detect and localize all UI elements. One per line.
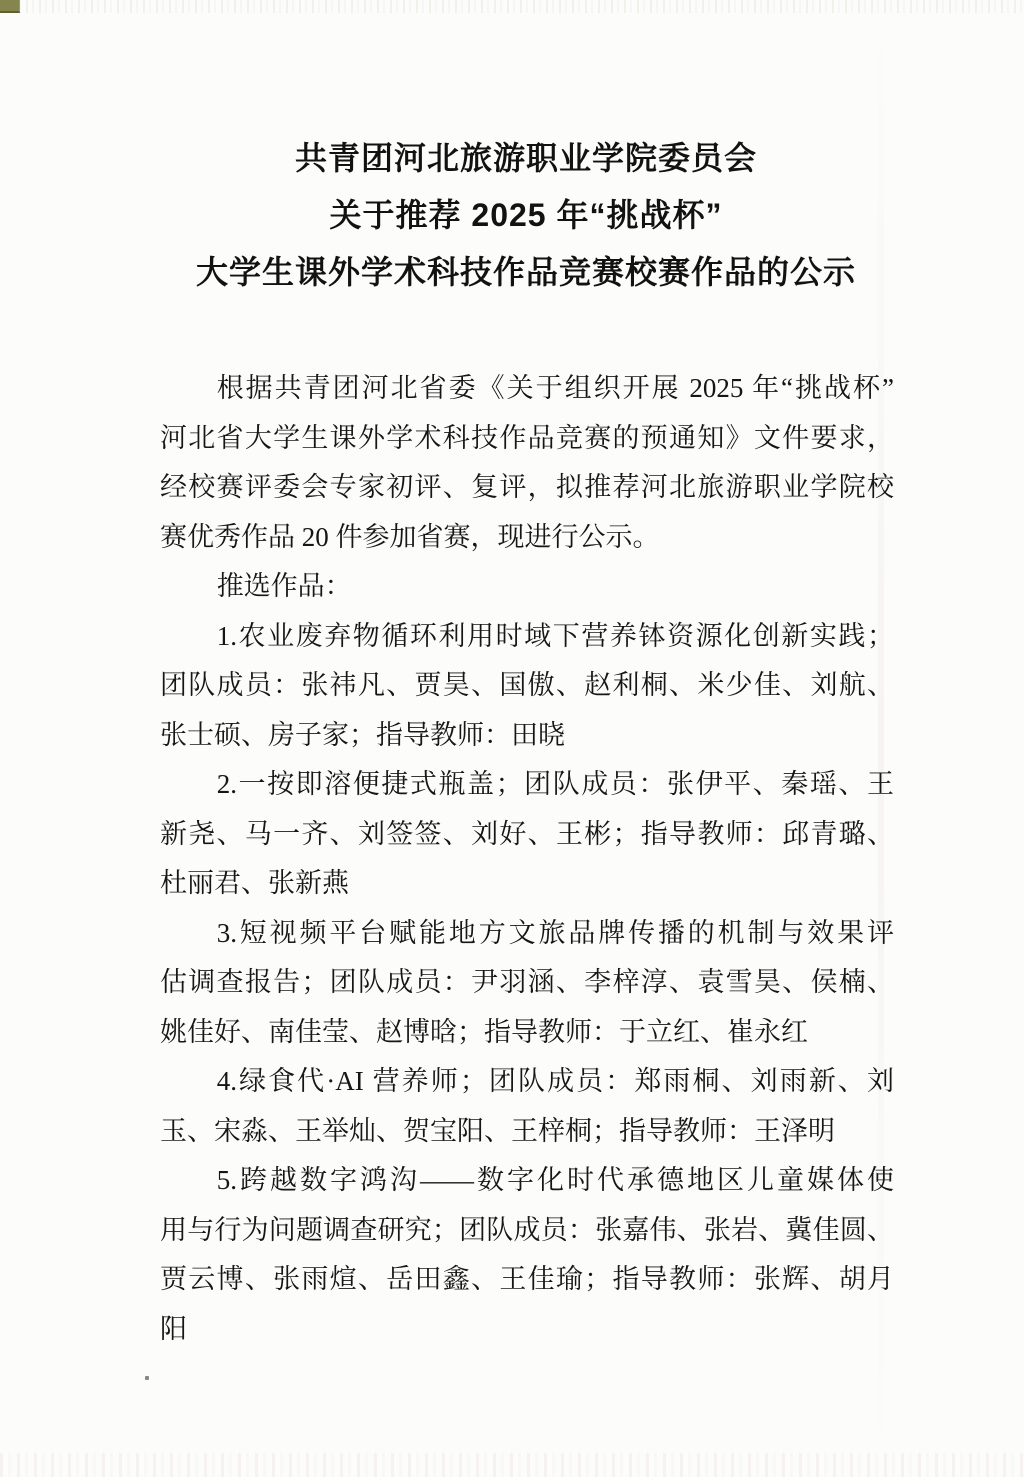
body-line: 3.短视频平台赋能地方文旅品牌传播的机制与效果评 [160,909,894,959]
document-title: 共青团河北旅游职业学院委员会 关于推荐 2025 年“挑战杯” 大学生课外学术科… [146,130,906,301]
body-line: 张士硕、房子家；指导教师：田晓 [160,711,894,761]
scan-corner-mark [0,0,20,13]
scan-speck [145,1376,149,1380]
document-page: 共青团河北旅游职业学院委员会 关于推荐 2025 年“挑战杯” 大学生课外学术科… [0,0,1024,1477]
body-line: 阳 [160,1305,894,1355]
scanner-noise-bottom [0,1453,1024,1477]
body-lines: 根据共青团河北省委《关于组织开展 2025 年“挑战杯”河北省大学生课外学术科技… [160,364,894,1354]
body-line: 贾云博、张雨煊、岳田鑫、王佳瑜；指导教师：张辉、胡月 [160,1255,894,1305]
title-line-1: 共青团河北旅游职业学院委员会 [146,130,906,187]
body-line: 推选作品： [160,562,894,612]
body-line: 4.绿食代·AI 营养师；团队成员：郑雨桐、刘雨新、刘 [160,1057,894,1107]
scanner-noise-top [0,0,1024,13]
body-line: 团队成员：张祎凡、贾昊、国傲、赵利桐、米少佳、刘航、 [160,661,894,711]
title-line-3: 大学生课外学术科技作品竞赛校赛作品的公示 [146,244,906,301]
body-line: 河北省大学生课外学术科技作品竞赛的预通知》文件要求， [160,414,894,464]
body-line: 用与行为问题调查研究；团队成员：张嘉伟、张岩、冀佳圆、 [160,1206,894,1256]
body-line: 1.农业废弃物循环利用时域下营养钵资源化创新实践； [160,612,894,662]
body-line: 新尧、马一齐、刘签签、刘好、王彬；指导教师：邱青璐、 [160,810,894,860]
body-line: 根据共青团河北省委《关于组织开展 2025 年“挑战杯” [160,364,894,414]
body-line: 2.一按即溶便捷式瓶盖；团队成员：张伊平、秦瑶、王 [160,760,894,810]
body-line: 5.跨越数字鸿沟——数字化时代承德地区儿童媒体使 [160,1156,894,1206]
body-line: 估调查报告；团队成员：尹羽涵、李梓淳、袁雪昊、侯楠、 [160,958,894,1008]
body-line: 玉、宋淼、王举灿、贺宝阳、王梓桐；指导教师：王泽明 [160,1107,894,1157]
body-line: 姚佳好、南佳莹、赵博晗；指导教师：于立红、崔永红 [160,1008,894,1058]
body-line: 赛优秀作品 20 件参加省赛，现进行公示。 [160,513,894,563]
body-line: 杜丽君、张新燕 [160,859,894,909]
body-line: 经校赛评委会专家初评、复评，拟推荐河北旅游职业学院校 [160,463,894,513]
title-line-2: 关于推荐 2025 年“挑战杯” [146,187,906,244]
